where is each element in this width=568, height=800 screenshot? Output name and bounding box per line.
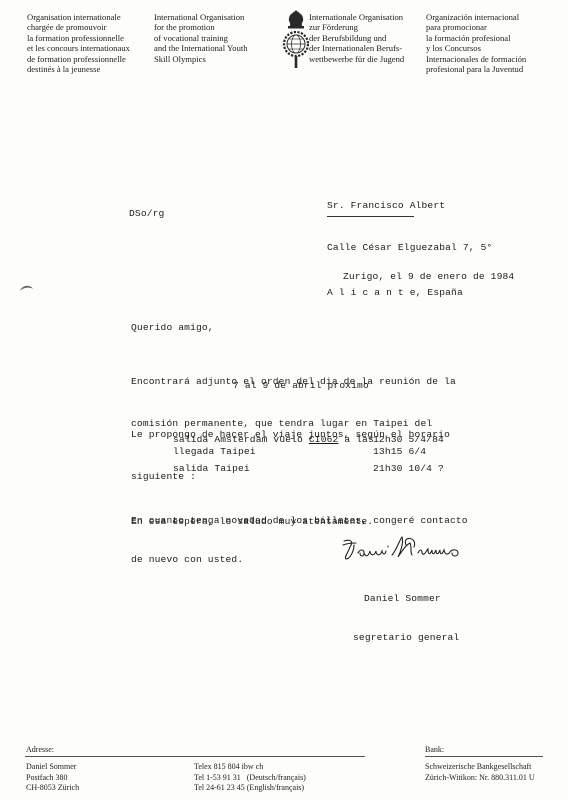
- letterhead-english: International Organisationfor the promot…: [154, 12, 248, 64]
- letterhead-line: der Internationalen Berufs-: [309, 43, 404, 53]
- letterhead-line: wettbewerbe für die Jugend: [309, 54, 404, 64]
- footer-divider: [425, 756, 543, 757]
- letterhead-french: Organisation internationalechargée de pr…: [27, 12, 130, 74]
- letterhead-line: Internationale Organisation: [309, 12, 404, 22]
- footer-divider: [25, 756, 365, 757]
- schedule-label: llegada Taipei: [173, 446, 256, 457]
- handwritten-signature: [340, 533, 520, 565]
- greeting: Querido amigo,: [131, 322, 214, 334]
- schedule-row-departure-taipei: salida Taipei: [173, 463, 250, 475]
- footer-address-label: Adresse:: [26, 745, 54, 754]
- letterhead-line: Skill Olympics: [154, 54, 248, 64]
- letterhead-line: Organisation internationale: [27, 12, 130, 22]
- recipient-address: Sr. Francisco Albert Calle César Elgueza…: [327, 171, 492, 314]
- recipient-street: Calle César Elguezabal 7, 5°: [327, 241, 492, 255]
- schedule-label-suffix: a las: [338, 434, 373, 445]
- city-underline: [327, 216, 414, 217]
- letterhead-line: for the promotion: [154, 22, 248, 32]
- footer-line: Tel 24-61 23 45 (English/français): [194, 783, 306, 794]
- meeting-dates: 7 al 9 de abril proximo: [233, 380, 369, 392]
- letterhead-line: de formation professionnelle: [27, 54, 130, 64]
- closing-line: En esa espera, le saludo muy atentamente…: [131, 516, 373, 528]
- letterhead-line: la formation professionnelle: [27, 33, 130, 43]
- schedule-row-arrival-taipei: llegada Taipei: [173, 446, 256, 458]
- signer-name: Daniel Sommer: [353, 592, 459, 605]
- recipient-name: Sr. Francisco Albert: [327, 199, 492, 213]
- schedule-time: 12h30 5/4/84: [373, 434, 444, 446]
- reference-code: DSo/rg: [129, 208, 164, 220]
- recipient-city-line: A l i c a n t e, España: [327, 286, 492, 300]
- letterhead-line: International Organisation: [154, 12, 248, 22]
- signer-title: segretario general: [353, 631, 459, 644]
- letterhead-line: para promocionar: [426, 22, 526, 32]
- footer-address: Daniel SommerPostfach 380CH-8053 Zürich: [26, 762, 79, 794]
- letterhead-line: y los Concursos: [426, 43, 526, 53]
- letterhead-line: destinés à la jeunesse: [27, 64, 130, 74]
- letterhead-line: and the International Youth: [154, 43, 248, 53]
- letterhead-line: zur Förderung: [309, 22, 404, 32]
- punch-hole-mark: [18, 283, 34, 293]
- footer-bank-label: Bank:: [425, 745, 444, 754]
- letterhead-line: Internacionales de formación: [426, 54, 526, 64]
- footer-contact: Telex 815 804 ibw chTel 1-53 91 31 (Deut…: [194, 762, 306, 794]
- schedule-row-departure-amsterdam: salida Amsterdam vuelo CI062 a las: [173, 434, 374, 446]
- letterhead-line: profesional para la Juventud: [426, 64, 526, 74]
- letterhead-line: la formación profesional: [426, 33, 526, 43]
- schedule-label: salida Amsterdam vuelo: [173, 434, 309, 445]
- letterhead-line: et les concours internationaux: [27, 43, 130, 53]
- footer-line: CH-8053 Zürich: [26, 783, 79, 794]
- letterhead-line: der Berufsbildung und: [309, 33, 404, 43]
- schedule-time: 21h30 10/4 ?: [373, 463, 444, 475]
- letterhead-spanish: Organización internacionalpara promocion…: [426, 12, 526, 74]
- footer-line: Zürich-Witikon: Nr. 880.311.01 U: [425, 773, 535, 784]
- footer-line: Postfach 380: [26, 773, 79, 784]
- schedule-time: 13h15 6/4: [373, 446, 426, 458]
- date-line: Zurigo, el 9 de enero de 1984: [343, 271, 514, 283]
- signer-block: Daniel Sommer segretario general: [353, 566, 459, 657]
- footer-line: Telex 815 804 ibw ch: [194, 762, 306, 773]
- footer-bank: Schweizerische BankgesellschaftZürich-Wi…: [425, 762, 535, 783]
- footer-line: Schweizerische Bankgesellschaft: [425, 762, 535, 773]
- organisation-logo-icon: [282, 8, 310, 70]
- recipient-country: , España: [416, 287, 463, 298]
- letterhead-line: chargée de promouvoir: [27, 22, 130, 32]
- letterhead-line: Organización internacional: [426, 12, 526, 22]
- letterhead-line: of vocational training: [154, 33, 248, 43]
- letterhead-german: Internationale Organisationzur Förderung…: [309, 12, 404, 64]
- footer-line: Tel 1-53 91 31 (Deutsch/français): [194, 773, 306, 784]
- flight-number: CI062: [309, 434, 339, 445]
- footer-line: Daniel Sommer: [26, 762, 79, 773]
- schedule-label: salida Taipei: [173, 463, 250, 474]
- recipient-city: A l i c a n t e: [327, 287, 416, 298]
